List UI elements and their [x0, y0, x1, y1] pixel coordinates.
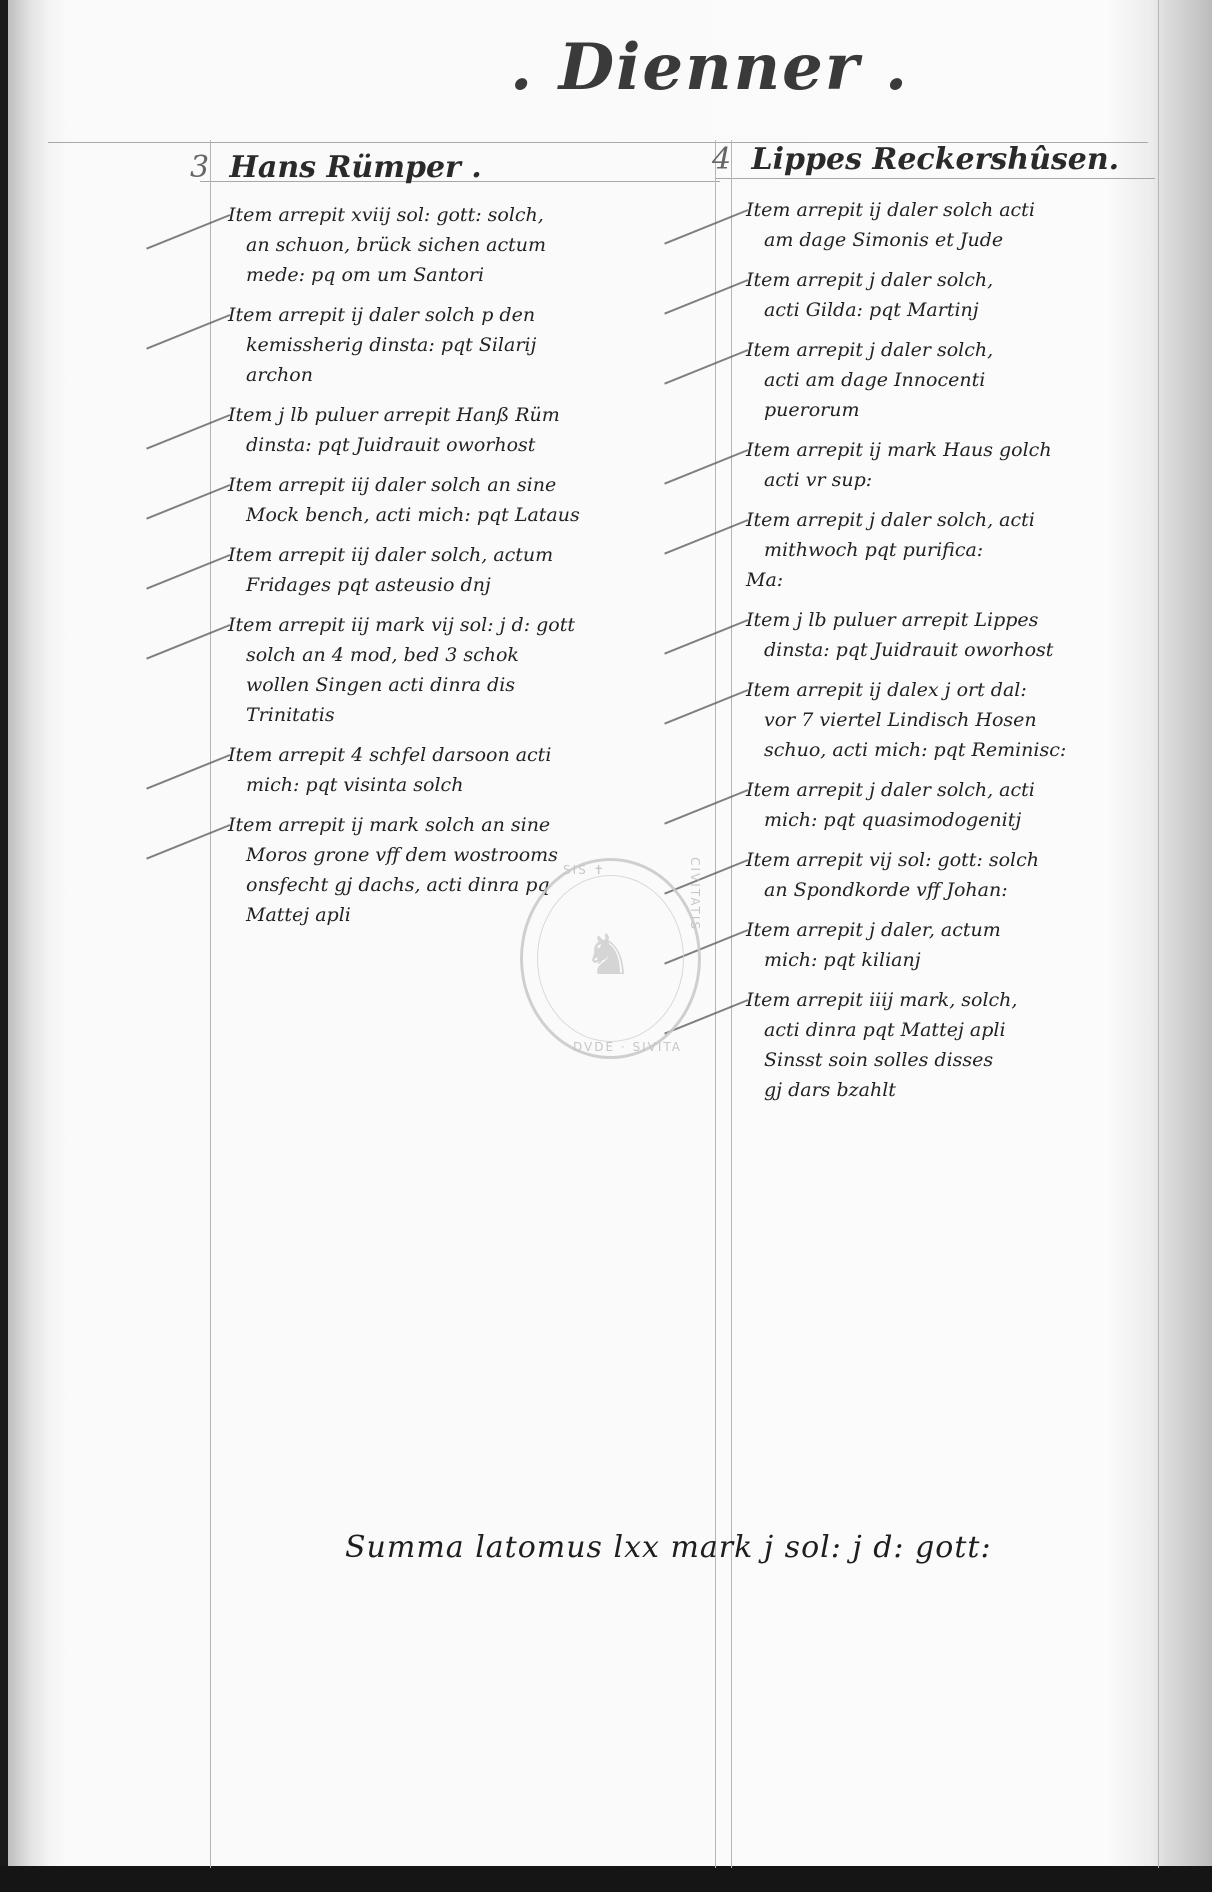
entry-line: am dage Simonis et Jude	[746, 225, 1158, 255]
entry-line: acti dinra pqt Mattej apli	[746, 1015, 1158, 1045]
entry-line: acti am dage Innocenti	[746, 365, 1158, 395]
entry-line: Trinitatis	[228, 700, 700, 730]
ledger-entry: Item arrepit 4 schfel darsoon acti mich:…	[210, 740, 700, 800]
column-name: Lippes Reckershûsen.	[752, 142, 1120, 177]
entry-line: mich: pqt kilianj	[746, 945, 1158, 975]
summary-total-line: Summa latomus lxx mark j sol: j d: gott:	[345, 1530, 992, 1565]
entry-line: mede: pq om um Santori	[228, 260, 700, 290]
ledger-entry: Item arrepit j daler, actum mich: pqt ki…	[728, 915, 1158, 975]
entry-line: Item arrepit j daler solch,	[746, 265, 1158, 295]
entry-line: kemissherig dinsta: pqt Silarij	[228, 330, 700, 360]
scan-background-strip	[0, 1866, 1212, 1892]
margin-line-right	[1158, 0, 1159, 1868]
entry-line: mich: pqt visinta solch	[228, 770, 700, 800]
entry-line: Item arrepit vij sol: gott: solch	[746, 845, 1158, 875]
ledger-entry: Item arrepit ij daler solch p den kemiss…	[210, 300, 700, 390]
entry-line: mithwoch pqt purifica:	[746, 535, 1158, 565]
entry-line: Item arrepit ij mark Haus golch	[746, 435, 1158, 465]
column-name: Hans Rümper .	[230, 150, 482, 185]
column-1-entries: Item arrepit xviij sol: gott: solch, an …	[210, 200, 700, 940]
ledger-entry: Item arrepit iiij mark, solch, acti dinr…	[728, 985, 1158, 1105]
ledger-entry: Item arrepit j daler solch, acti Gilda: …	[728, 265, 1158, 325]
entry-line: acti vr sup:	[746, 465, 1158, 495]
page-title: . Dienner .	[510, 30, 909, 105]
entry-line: Item arrepit iij daler solch, actum	[228, 540, 700, 570]
entry-line: Item arrepit ij dalex j ort dal:	[746, 675, 1158, 705]
entry-line: puerorum	[746, 395, 1158, 425]
lion-emblem-icon: ♞	[573, 921, 643, 991]
ledger-entry: Item arrepit xviij sol: gott: solch, an …	[210, 200, 700, 290]
column-2-entries: Item arrepit ij daler solch acti am dage…	[728, 195, 1158, 1115]
ruled-line-col2-head	[715, 178, 1155, 179]
entry-line: an schuon, brück sichen actum	[228, 230, 700, 260]
entry-line: solch an 4 mod, bed 3 schok	[228, 640, 700, 670]
entry-line: Item j lb puluer arrepit Lippes	[746, 605, 1158, 635]
ledger-entry: Item arrepit iij mark vij sol: j d: gott…	[210, 610, 700, 730]
column-heading-hans-rumper: 3 Hans Rümper .	[190, 150, 482, 185]
entry-line: Item arrepit j daler, actum	[746, 915, 1158, 945]
seal-text-side: CIVITATIS	[688, 857, 702, 931]
entry-line: Item arrepit iiij mark, solch,	[746, 985, 1158, 1015]
page-right-edge	[1152, 0, 1212, 1892]
entry-line: Item arrepit ij daler solch p den	[228, 300, 700, 330]
ledger-entry: Item j lb puluer arrepit Lippes dinsta: …	[728, 605, 1158, 665]
column-divider-a	[715, 140, 716, 1868]
column-heading-lippes-reckershusen: 4 Lippes Reckershûsen.	[712, 142, 1119, 177]
ledger-entry: Item arrepit iij daler solch, actum Frid…	[210, 540, 700, 600]
entry-line: dinsta: pqt Juidrauit oworhost	[746, 635, 1158, 665]
entry-line: vor 7 viertel Lindisch Hosen	[746, 705, 1158, 735]
ledger-entry: Item arrepit vij sol: gott: solch an Spo…	[728, 845, 1158, 905]
seal-text-top: SIS ✝	[563, 863, 606, 877]
ledger-entry: Item arrepit j daler solch, acti am dage…	[728, 335, 1158, 425]
entry-line: Item arrepit j daler solch, acti	[746, 505, 1158, 535]
ledger-entry: Item arrepit j daler solch, acti mithwoc…	[728, 505, 1158, 595]
ledger-entry: Item arrepit ij dalex j ort dal: vor 7 v…	[728, 675, 1158, 765]
entry-line: Item arrepit xviij sol: gott: solch,	[228, 200, 700, 230]
column-number: 3	[190, 150, 209, 185]
entry-line: Ma:	[746, 565, 1158, 595]
entry-line: Fridages pqt asteusio dnj	[228, 570, 700, 600]
entry-line: dinsta: pqt Juidrauit oworhost	[228, 430, 700, 460]
entry-line: acti Gilda: pqt Martinj	[746, 295, 1158, 325]
entry-line: Item arrepit iij mark vij sol: j d: gott	[228, 610, 700, 640]
entry-line: Item arrepit j daler solch,	[746, 335, 1158, 365]
entry-line: wollen Singen acti dinra dis	[228, 670, 700, 700]
ledger-entry: Item j lb puluer arrepit Hanß Rüm dinsta…	[210, 400, 700, 460]
entry-line: Item j lb puluer arrepit Hanß Rüm	[228, 400, 700, 430]
entry-line: gj dars bzahlt	[746, 1075, 1158, 1105]
entry-line: Item arrepit iij daler solch an sine	[228, 470, 700, 500]
entry-line: Item arrepit 4 schfel darsoon acti	[228, 740, 700, 770]
entry-line: archon	[228, 360, 700, 390]
ledger-entry: Item arrepit ij mark Haus golch acti vr …	[728, 435, 1158, 495]
entry-line: mich: pqt quasimodogenitj	[746, 805, 1158, 835]
entry-line: an Spondkorde vff Johan:	[746, 875, 1158, 905]
entry-line: Sinsst soin solles disses	[746, 1045, 1158, 1075]
entry-line: Item arrepit ij mark solch an sine	[228, 810, 700, 840]
seal-text-bottom: DVDE · SIVITA	[573, 1040, 682, 1054]
page-left-edge	[8, 0, 48, 1868]
entry-line: Mock bench, acti mich: pqt Lataus	[228, 500, 700, 530]
ledger-entry: Item arrepit j daler solch, acti mich: p…	[728, 775, 1158, 835]
entry-line: schuo, acti mich: pqt Reminisc:	[746, 735, 1158, 765]
ledger-entry: Item arrepit iij daler solch an sine Moc…	[210, 470, 700, 530]
column-number: 4	[712, 142, 731, 177]
entry-line: Item arrepit j daler solch, acti	[746, 775, 1158, 805]
library-seal-stamp: SIS ✝ CIVITATIS DVDE · SIVITA ♞	[520, 858, 701, 1059]
ledger-entry: Item arrepit ij daler solch acti am dage…	[728, 195, 1158, 255]
entry-line: Item arrepit ij daler solch acti	[746, 195, 1158, 225]
